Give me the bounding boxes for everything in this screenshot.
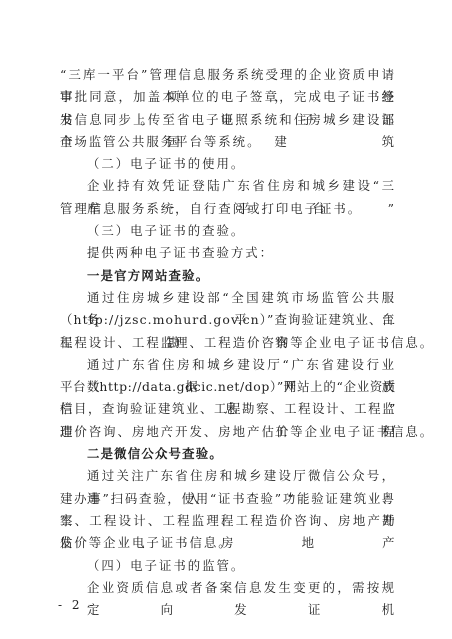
text-line: 察、工程设计、工程监理、工程造价咨询、房地产开发、房地产 (60, 510, 396, 532)
text-line: 企业持有效凭证登陆广东省住房和城乡建设“三库一平台” (60, 175, 396, 197)
text-line: “三库一平台”管理信息服务系统受理的企业资质申请事项，经 (60, 64, 396, 86)
text-line: 审批同意，加盖本单位的电子签章，完成电子证书签发。电子证 (60, 86, 396, 108)
text-line: 通过广东省住房和城乡建设厅“广东省建设行业数据开放 (60, 354, 396, 376)
section-heading-usage: （二）电子证书的使用。 (60, 153, 396, 175)
text-line: 栏目，查询验证建筑业、工程勘察、工程设计、工程监理、工程 (60, 398, 396, 420)
subheading-wechat: 二是微信公众号查验。 (60, 443, 396, 465)
text-line: 企业资质信息或者备案信息发生变更的，需按规定向发证机 (60, 577, 396, 599)
section-heading-supervision: （四）电子证书的监管。 (60, 555, 396, 577)
text-line-with-url: 平台（http://data.gdcic.net/dop）”网站上的“企业资质信… (60, 376, 396, 398)
text-line: 工程设计、工程监理、工程造价咨询等企业电子证书信息。 (60, 332, 396, 354)
subheading-official-website: 一是官方网站查验。 (60, 265, 396, 287)
document-page: “三库一平台”管理信息服务系统受理的企业资质申请事项，经 审批同意，加盖本单位的… (60, 64, 396, 599)
text-line-with-url: （http://jzsc.mohurd.gov.cn）”查询验证建筑业、工程勘察… (60, 309, 396, 331)
section-heading-verification: （三）电子证书的查验。 (60, 220, 396, 242)
text-line: 书信息同步上传至省电子证照系统和住房城乡建设部全国建筑 (60, 109, 396, 131)
text-line: 造价咨询、房地产开发、房地产估价等企业电子证书信息。 (60, 421, 396, 443)
text-line: 通过关注广东省住房和城乡建设厅微信公众号，进入“粤 (60, 465, 396, 487)
page-number: - 2 - (58, 598, 96, 612)
text-line: 提供两种电子证书查验方式： (60, 242, 396, 264)
text-line: 管理信息服务系统，自行查阅或打印电子证书。 (60, 198, 396, 220)
text-line: 通过住房城乡建设部“全国建筑市场监管公共服务平台 (60, 287, 396, 309)
text-line: 建办事”扫码查验，使用“证书查验”功能验证建筑业、工程勘 (60, 488, 396, 510)
